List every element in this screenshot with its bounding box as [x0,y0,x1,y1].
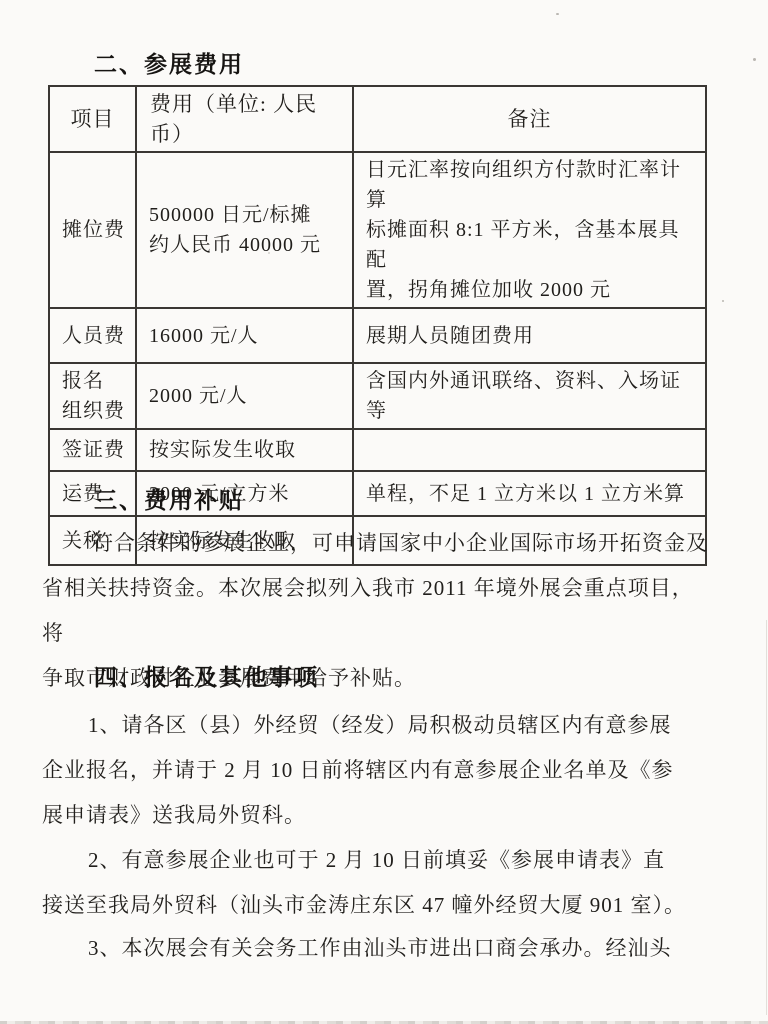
header-item: 项目 [49,86,136,152]
section3-heading: 三、费用补贴 [94,487,244,513]
registration-item-3: 3、本次展会有关会务工作由汕头市进出口商会承办。经汕头 [42,926,714,971]
registration-item-2: 2、有意参展企业也可于 2 月 10 日前填妥《参展申请表》直 接送至我局外贸科… [42,838,714,928]
remark-cell: 单程，不足 1 立方米以 1 立方米算 [353,471,706,516]
scan-speck [556,13,559,15]
scan-speck [722,300,724,302]
table-row-registration-fee: 报名 组织费 2000 元/人 含国内外通讯联络、资料、入场证等 [49,363,706,429]
scan-right-edge-artifact [766,620,767,1015]
remark-cell [353,429,706,471]
scanned-document-page: 二、参展费用 项目 费用（单位: 人民币） 备注 摊位费 500000 日元/标… [0,0,768,1024]
remark-cell: 展期人员随团费用 [353,308,706,363]
remark-cell: 日元汇率按向组织方付款时汇率计算 标摊面积 8:1 平方米，含基本展具配 置，拐… [353,152,706,308]
fee-cell: 2000 元/人 [136,363,353,429]
fee-table-header-row: 项目 费用（单位: 人民币） 备注 [49,86,706,152]
scan-speck [268,252,270,254]
fee-cell: 16000 元/人 [136,308,353,363]
registration-item-1: 1、请各区（县）外经贸（经发）局积极动员辖区内有意参展 企业报名，并请于 2 月… [42,703,714,838]
table-row-visa-fee: 签证费 按实际发生收取 [49,429,706,471]
table-row-personnel-fee: 人员费 16000 元/人 展期人员随团费用 [49,308,706,363]
section2-heading: 二、参展费用 [94,51,244,77]
item-cell: 摊位费 [49,152,136,308]
fee-cell: 500000 日元/标摊 约人民币 40000 元 [136,152,353,308]
fee-cell: 按实际发生收取 [136,429,353,471]
remark-cell: 含国内外通讯联络、资料、入场证等 [353,363,706,429]
scan-speck [753,58,756,61]
header-fee: 费用（单位: 人民币） [136,86,353,152]
item-cell: 人员费 [49,308,136,363]
header-remark: 备注 [353,86,706,152]
item-cell: 签证费 [49,429,136,471]
item-cell: 报名 组织费 [49,363,136,429]
section4-heading: 四、报名及其他事项 [94,664,319,690]
table-row-booth-fee: 摊位费 500000 日元/标摊 约人民币 40000 元 日元汇率按向组织方付… [49,152,706,308]
